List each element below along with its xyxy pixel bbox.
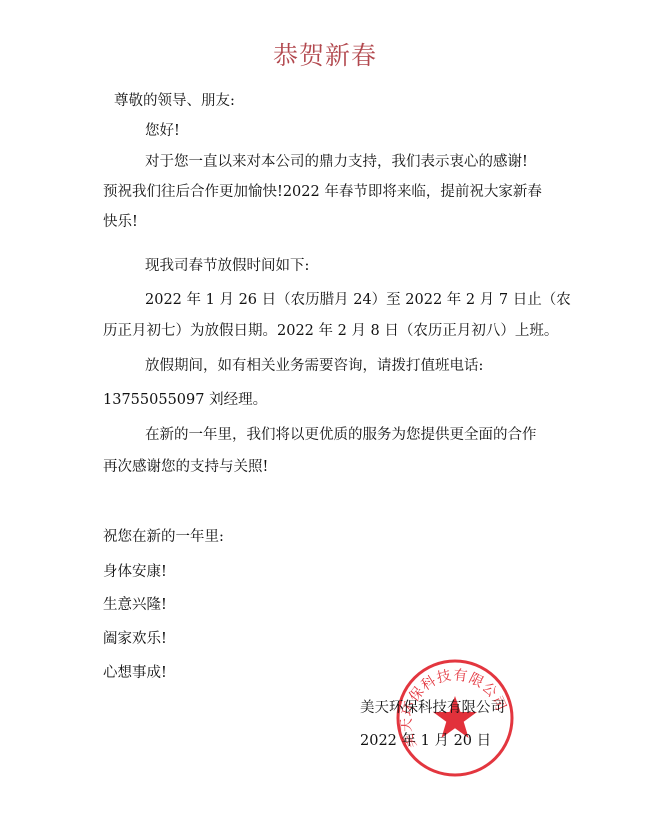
company-seal-stamp: 美天环保科技有限公司 bbox=[395, 658, 515, 778]
paragraph-contact-line-2: 13755055097 刘经理。 bbox=[103, 391, 267, 409]
salutation: 尊敬的领导、朋友: bbox=[114, 92, 235, 110]
wish-item: 心想事成! bbox=[103, 664, 167, 682]
greeting: 您好! bbox=[145, 122, 180, 140]
wishes-intro: 祝您在新的一年里: bbox=[103, 528, 224, 546]
wish-item: 身体安康! bbox=[103, 563, 167, 581]
paragraph-holiday-intro: 现我司春节放假时间如下: bbox=[145, 257, 309, 275]
paragraph-contact-line-1: 放假期间，如有相关业务需要咨询，请拨打值班电话: bbox=[145, 357, 483, 375]
signature-company: 美天环保科技有限公司 bbox=[360, 696, 505, 717]
paragraph-closing-line-1: 在新的一年里，我们将以更优质的服务为您提供更全面的合作 bbox=[145, 426, 537, 444]
paragraph-holiday-dates-line-1: 2022 年 1 月 26 日（农历腊月 24）至 2022 年 2 月 7 日… bbox=[145, 291, 571, 309]
signature-date: 2022 年 1 月 20 日 bbox=[360, 729, 491, 750]
paragraph-thanks-line-1: 对于您一直以来对本公司的鼎力支持，我们表示衷心的感谢! bbox=[145, 153, 528, 171]
wish-item: 阖家欢乐! bbox=[103, 630, 167, 648]
letter-title: 恭贺新春 bbox=[0, 36, 650, 72]
paragraph-thanks-line-2: 预祝我们往后合作更加愉快!2022 年春节即将来临，提前祝大家新春 bbox=[103, 183, 542, 201]
paragraph-thanks-line-3: 快乐! bbox=[103, 213, 138, 231]
wish-item: 生意兴隆! bbox=[103, 596, 167, 614]
paragraph-holiday-dates-line-2: 历正月初七）为放假日期。2022 年 2 月 8 日（农历正月初八）上班。 bbox=[103, 322, 558, 340]
paragraph-closing-line-2: 再次感谢您的支持与关照! bbox=[103, 458, 268, 476]
